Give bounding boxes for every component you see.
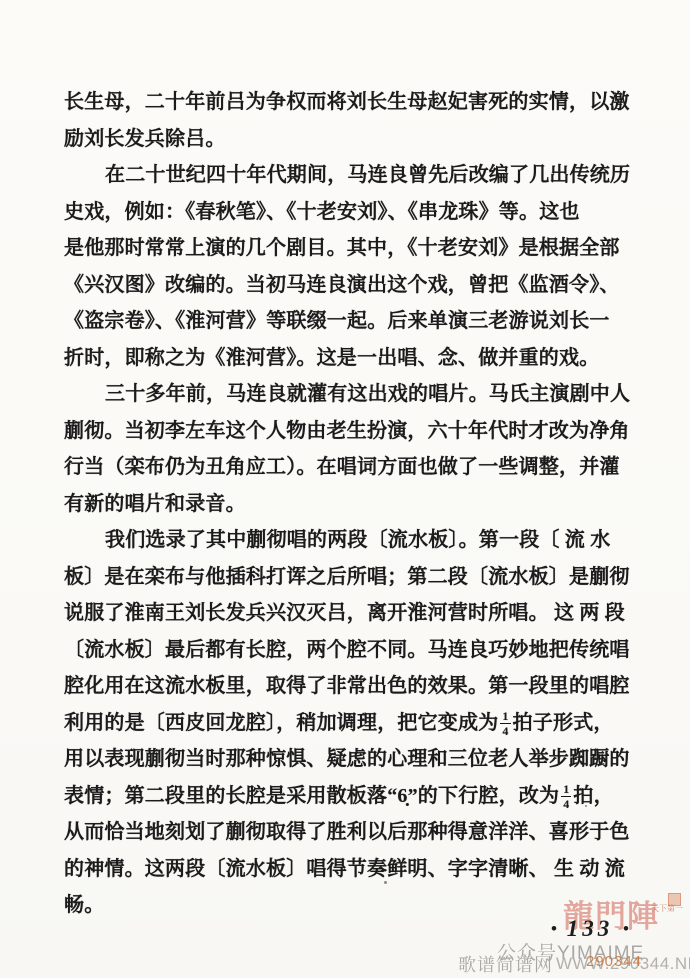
fraction-numerator: 1 bbox=[561, 783, 571, 797]
fraction-denominator: 4 bbox=[561, 797, 571, 810]
text-line-paragraph-start: 三十多年前，马连良就灌有这出戏的唱片。马氏主演剧中人 bbox=[64, 376, 636, 413]
text-line-paragraph-start: 在二十世纪四十年代期间，马连良曾先后改编了几出传统历 bbox=[64, 157, 636, 194]
fraction-one-quarter: 14 bbox=[561, 783, 571, 810]
text-line: 励刘长发兵除吕。 bbox=[64, 121, 636, 158]
fraction-numerator: 1 bbox=[500, 710, 510, 724]
text-line: 用以表现蒯彻当时那种惊惧、疑虑的心理和三位老人举步踟蹰的 bbox=[64, 741, 636, 778]
text-line: 折时，即称之为《淮河营》。这是一出唱、念、做并重的戏。 bbox=[64, 340, 636, 377]
line-text: 利用的是〔西皮回龙腔〕，稍加调理，把它变成为 bbox=[64, 712, 498, 734]
text-line-paragraph-start: 我们选录了其中蒯彻唱的两段〔流水板〕。第一段〔 流 水 bbox=[64, 522, 636, 559]
text-line-with-fraction: 利用的是〔西皮回龙腔〕，稍加调理，把它变成为14拍子形式， bbox=[64, 705, 636, 742]
text-line: 腔化用在这流水板里，取得了非常出色的效果。第一段里的唱腔 bbox=[64, 668, 636, 705]
scan-speck bbox=[384, 881, 387, 884]
text-line: 是他那时常常上演的几个剧目。其中，《十老安刘》是根据全部 bbox=[64, 230, 636, 267]
text-line: 有新的唱片和录音。 bbox=[64, 486, 636, 523]
text-line: 从而恰当地刻划了蒯彻取得了胜利以后那种得意洋洋、喜形于色 bbox=[64, 814, 636, 851]
line-text: 拍子形式， bbox=[513, 712, 614, 734]
fraction-one-quarter: 14 bbox=[500, 710, 510, 737]
text-line: 《盗宗卷》、《淮河营》等联缀一起。后来单演三老游说刘长一 bbox=[64, 303, 636, 340]
page-number-right-dot: • bbox=[623, 919, 629, 938]
line-text: 拍， bbox=[573, 785, 613, 807]
scanned-book-page: 长生母，二十年前吕为争权而将刘长生母赵妃害死的实情，以激 励刘长发兵除吕。 在二… bbox=[0, 0, 690, 978]
watermark-url-digits-overlay: 290344 bbox=[586, 953, 642, 970]
text-line: 〔流水板〕最后都有长腔，两个腔不同。马连良巧妙地把传统唱 bbox=[64, 632, 636, 669]
text-line: 长生母，二十年前吕为争权而将刘长生母赵妃害死的实情，以激 bbox=[64, 84, 636, 121]
text-line: 《兴汉图》改编的。当初马连良演出这个戏，曾把《监酒令》、 bbox=[64, 267, 636, 304]
text-line: 史戏，例如：《春秋笔》、《十老安刘》、《串龙珠》等。这也 bbox=[64, 194, 636, 231]
watermark-site-name: 歌谱简谱网 bbox=[458, 951, 553, 977]
text-line: 的神情。这两段〔流水板〕唱得节奏鲜明、字字清晰、 生 动 流 bbox=[64, 851, 636, 888]
text-block: 长生母，二十年前吕为争权而将刘长生母赵妃害死的实情，以激 励刘长发兵除吕。 在二… bbox=[64, 84, 636, 924]
text-line: 说服了淮南王刘长发兵兴汉灭吕，离开淮河营时所唱。 这 两 段 bbox=[64, 595, 636, 632]
text-line: 蒯彻。当初李左车这个人物由老生扮演，六十年代时才改为净角 bbox=[64, 413, 636, 450]
scan-speck bbox=[585, 805, 587, 807]
text-line: 行当（栾布仍为丑角应工）。在唱词方面也做了一些调整，并灌 bbox=[64, 449, 636, 486]
fraction-denominator: 4 bbox=[500, 724, 510, 737]
mini-seal-square bbox=[668, 893, 681, 906]
page-number-left-dot: • bbox=[551, 919, 557, 938]
line-text: 表情；第二段里的长腔是采用散板落“6̣”的下行腔，改为 bbox=[64, 785, 559, 807]
text-line: 板〕是在栾布与他插科打诨之后所唱；第二段〔流水板〕是蒯彻 bbox=[64, 559, 636, 596]
text-line-with-fraction: 表情；第二段里的长腔是采用散板落“6̣”的下行腔，改为14拍， bbox=[64, 778, 636, 815]
